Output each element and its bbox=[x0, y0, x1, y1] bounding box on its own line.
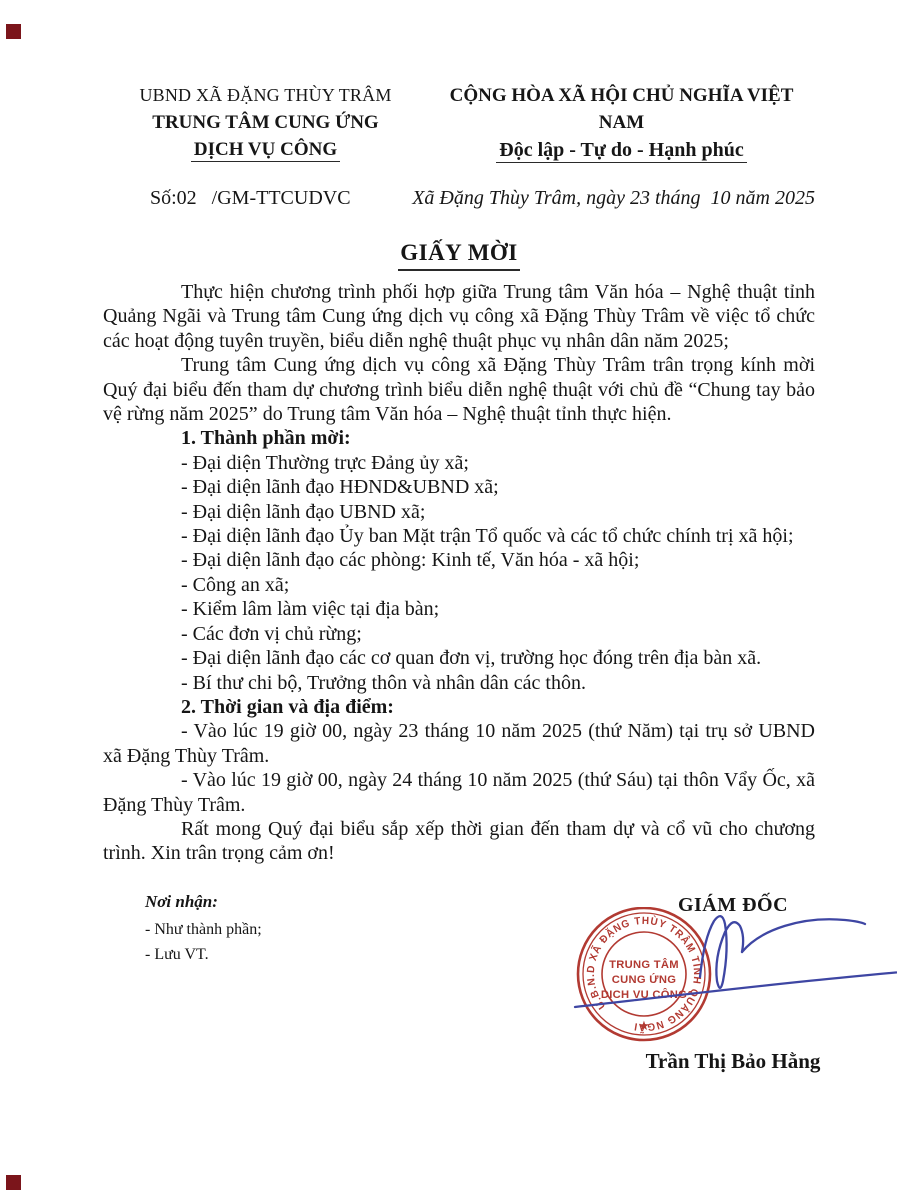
paragraph-invitation: Trung tâm Cung ứng dịch vụ công xã Đặng … bbox=[103, 353, 815, 426]
stamp-center-line: TRUNG TÂM bbox=[609, 958, 679, 971]
list-item: - Đại diện lãnh đạo các cơ quan đơn vị, … bbox=[103, 646, 815, 670]
list-item: - Kiểm lâm làm việc tại địa bàn; bbox=[103, 597, 815, 621]
signer-name: Trần Thị Bảo Hằng bbox=[603, 1049, 863, 1074]
issuing-org-dept-text: DỊCH VỤ CÔNG bbox=[191, 139, 340, 162]
list-item: - Công an xã; bbox=[103, 573, 815, 597]
closing-paragraph: Rất mong Quý đại biểu sắp xếp thời gian … bbox=[103, 817, 815, 866]
document-body: Thực hiện chương trình phối hợp giữa Tru… bbox=[103, 280, 815, 866]
section-heading-time-place: 2. Thời gian và địa điểm: bbox=[103, 695, 815, 719]
national-header-block: CỘNG HÒA XÃ HỘI CHỦ NGHĨA VIỆT NAM Độc l… bbox=[428, 82, 815, 164]
issuing-org-parent: UBND XÃ ĐẶNG THÙY TRÂM bbox=[103, 82, 428, 109]
national-title: CỘNG HÒA XÃ HỘI CHỦ NGHĨA VIỆT NAM bbox=[428, 82, 815, 136]
document-title: GIẤY MỜI bbox=[398, 240, 520, 271]
document-content: UBND XÃ ĐẶNG THÙY TRÂM TRUNG TÂM CUNG ỨN… bbox=[0, 0, 897, 1147]
list-item: - Đại diện Thường trực Đảng ủy xã; bbox=[103, 451, 815, 475]
doc-meta-row: Số:02 /GM-TTCUDVC Xã Đặng Thùy Trâm, ngà… bbox=[103, 187, 815, 210]
stamp-center-line: CUNG ỨNG bbox=[612, 973, 677, 986]
list-item: - Đại diện lãnh đạo Ủy ban Mặt trận Tổ q… bbox=[103, 524, 815, 548]
section-heading-participants: 1. Thành phần mời: bbox=[103, 426, 815, 450]
list-item: - Đại diện lãnh đạo HĐND&UBND xã; bbox=[103, 475, 815, 499]
stamp-star-icon: ★ bbox=[638, 1018, 650, 1033]
corner-mark-top bbox=[6, 24, 21, 39]
issuing-org-name: TRUNG TÂM CUNG ỨNG bbox=[103, 109, 428, 136]
list-item: - Đại diện lãnh đạo các phòng: Kinh tế, … bbox=[103, 548, 815, 572]
document-footer: Nơi nhận: - Như thành phần; - Lưu VT. GI… bbox=[103, 892, 815, 1147]
list-item: - Bí thư chi bộ, Trưởng thôn và nhân dân… bbox=[103, 671, 815, 695]
doc-date-line: Xã Đặng Thùy Trâm, ngày 23 tháng 10 năm … bbox=[412, 187, 815, 210]
document-header: UBND XÃ ĐẶNG THÙY TRÂM TRUNG TÂM CUNG ỨN… bbox=[103, 82, 815, 164]
issuing-org-block: UBND XÃ ĐẶNG THÙY TRÂM TRUNG TÂM CUNG ỨN… bbox=[103, 82, 428, 164]
doc-number: Số:02 /GM-TTCUDVC bbox=[150, 187, 351, 210]
corner-mark-bottom bbox=[6, 1175, 21, 1190]
document-page: UBND XÃ ĐẶNG THÙY TRÂM TRUNG TÂM CUNG ỨN… bbox=[0, 0, 897, 1200]
list-item: - Các đơn vị chủ rừng; bbox=[103, 622, 815, 646]
list-item: - Vào lúc 19 giờ 00, ngày 24 tháng 10 nă… bbox=[103, 768, 815, 817]
national-motto-text: Độc lập - Tự do - Hạnh phúc bbox=[496, 139, 746, 163]
official-stamp: U.B.N.D XÃ ĐẶNG THÙY TRÂM TỈNH QUẢNG NGÃ… bbox=[560, 907, 728, 1057]
list-item: - Vào lúc 19 giờ 00, ngày 23 tháng 10 nă… bbox=[103, 719, 815, 768]
list-item: - Đại diện lãnh đạo UBND xã; bbox=[103, 500, 815, 524]
stamp-and-signature: U.B.N.D XÃ ĐẶNG THÙY TRÂM TỈNH QUẢNG NGÃ… bbox=[103, 907, 897, 1057]
title-row: GIẤY MỜI bbox=[103, 240, 815, 271]
issuing-org-dept: DỊCH VỤ CÔNG bbox=[103, 136, 428, 163]
paragraph-intro: Thực hiện chương trình phối hợp giữa Tru… bbox=[103, 280, 815, 353]
national-motto: Độc lập - Tự do - Hạnh phúc bbox=[428, 137, 815, 164]
